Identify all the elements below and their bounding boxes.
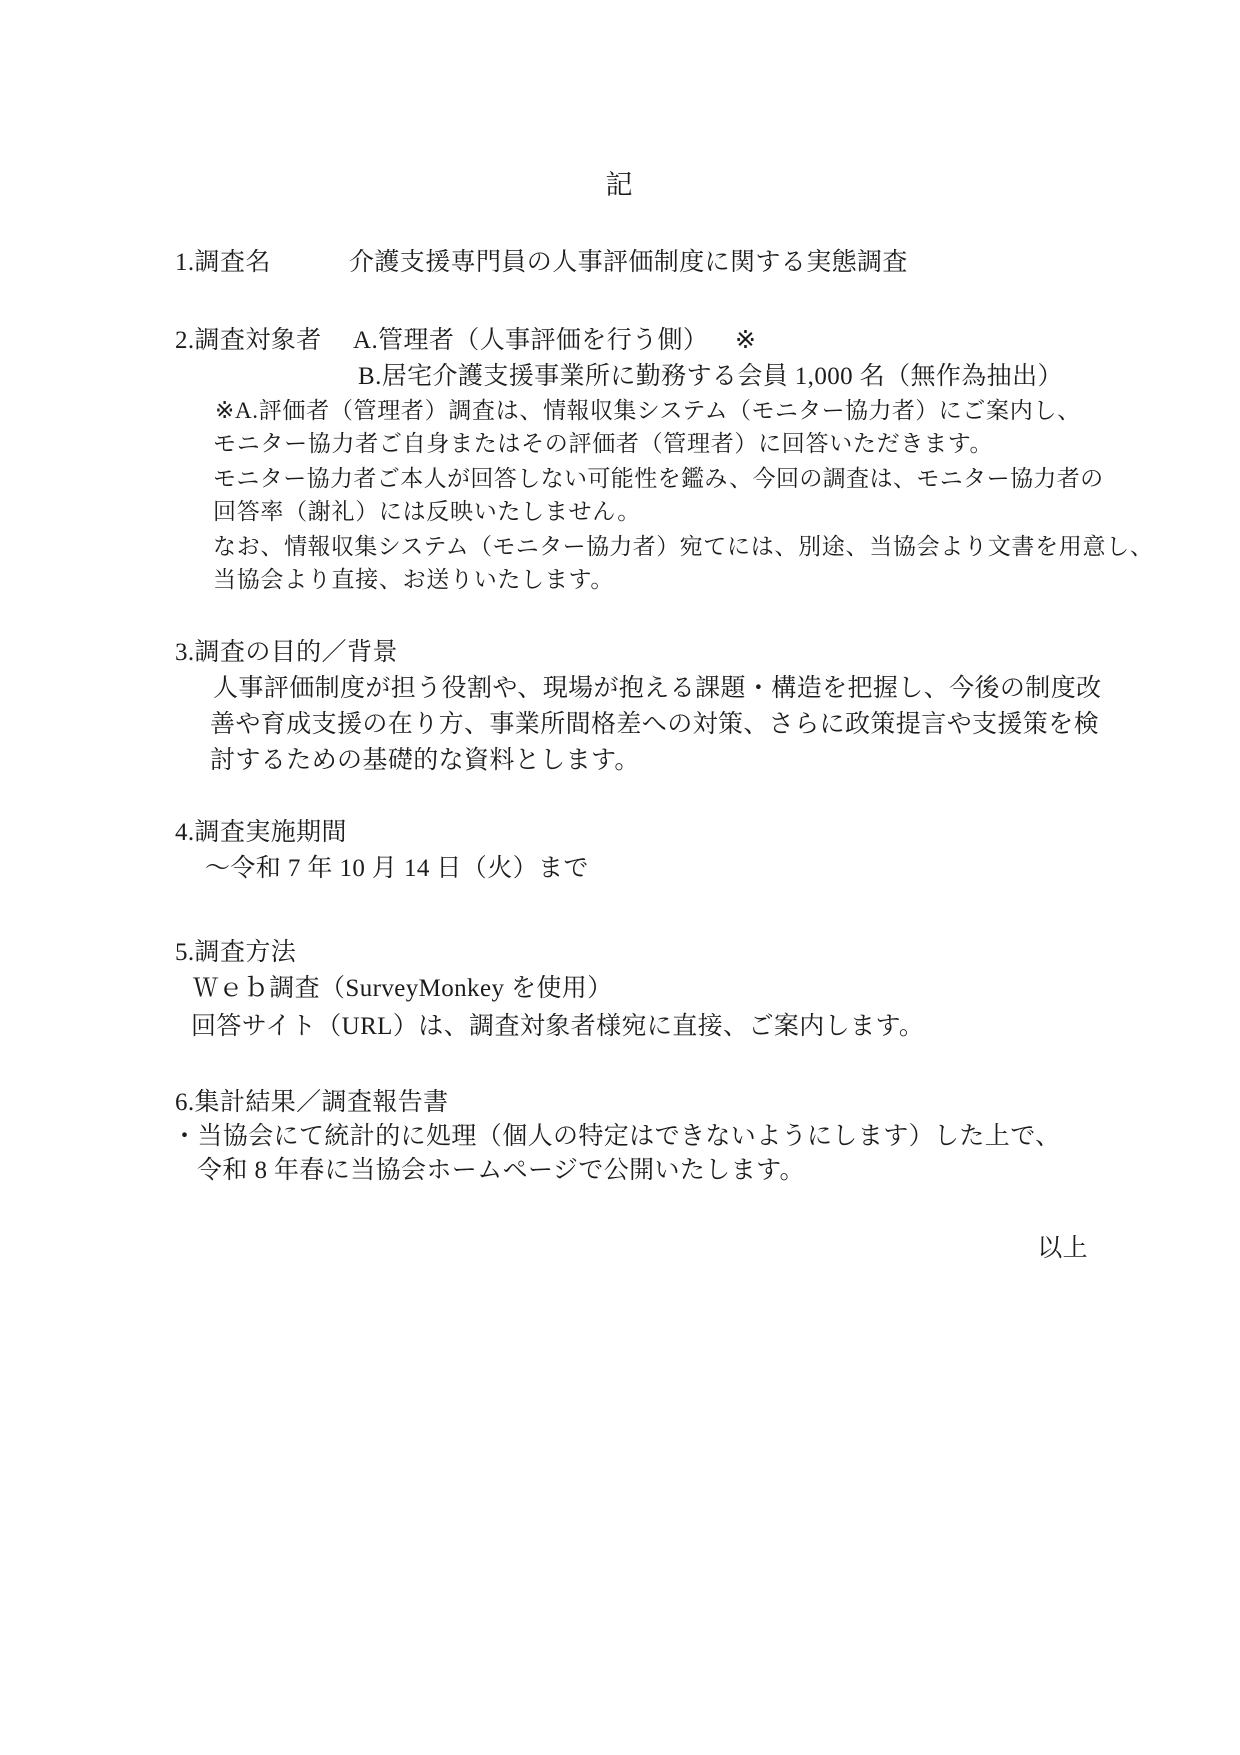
note-1-pre: ※A.評価者（管理者）調査は、 bbox=[215, 398, 543, 423]
respondent-a: A.管理者（人事評価を行う側） bbox=[353, 325, 708, 356]
note-5-post: 宛てには、別途、当協会より文書を用意し、 bbox=[680, 534, 1154, 559]
method-line-1: Ｗｅｂ調査（SurveyMonkey を使用） bbox=[193, 973, 613, 1004]
note-line-1: ※A.評価者（管理者）調査は、情報収集システム（モニター協力者）にご案内し、 bbox=[215, 396, 1081, 425]
section-6-label: 6.集計結果／調査報告書 bbox=[175, 1087, 449, 1118]
note-line-3: モニター協力者ご本人が回答しない可能性を鑑み、今回の調査は、モニター協力者の bbox=[213, 464, 1104, 492]
section-3-label: 3.調査の目的／背景 bbox=[175, 637, 398, 668]
note-1-post: にご案内し、 bbox=[939, 398, 1081, 423]
method-line-2: 回答サイト（URL）は、調査対象者様宛に直接、ご案内します。 bbox=[191, 1011, 924, 1042]
results-line-2: 令和 8 年春に当協会ホームページで公開いたします。 bbox=[197, 1155, 805, 1186]
section-5-label: 5.調査方法 bbox=[175, 937, 296, 968]
closing-mark: 以上 bbox=[1037, 1233, 1088, 1264]
section-1-label: 1.調査名 bbox=[175, 247, 271, 278]
purpose-line-3: 討するための基礎的な資料とします。 bbox=[210, 745, 640, 776]
note-5-pre: なお、 bbox=[213, 534, 284, 559]
respondent-b: B.居宅介護支援事業所に勤務する会員 1,000 名（無作為抽出） bbox=[358, 361, 1063, 392]
note-5-system: 情報収集システム（モニター協力者） bbox=[284, 533, 680, 559]
note-1-system: 情報収集システム（モニター協力者） bbox=[543, 397, 939, 423]
section-4-label: 4.調査実施期間 bbox=[175, 817, 347, 848]
note-line-2: モニター協力者ご自身またはその評価者（管理者）に回答いただきます。 bbox=[213, 430, 993, 458]
period-value: ～令和 7 年 10 月 14 日（火）まで bbox=[205, 853, 589, 884]
survey-title: 介護支援専門員の人事評価制度に関する実態調査 bbox=[349, 247, 908, 278]
note-line-6: 当協会より直接、お送りいたします。 bbox=[213, 566, 614, 594]
document-page: 記 1.調査名 介護支援専門員の人事評価制度に関する実態調査 2.調査対象者 A… bbox=[0, 0, 1240, 1755]
section-2-label: 2.調査対象者 bbox=[175, 325, 322, 356]
purpose-line-1: 人事評価制度が担う役割や、現場が抱える課題・構造を把握し、今後の制度改 bbox=[213, 673, 1102, 704]
results-bullet: ・当協会にて統計的に処理（個人の特定はできないようにします）した上で、 bbox=[172, 1121, 1061, 1152]
reference-mark: ※ bbox=[735, 325, 756, 356]
doc-heading: 記 bbox=[0, 163, 1240, 202]
note-line-5: なお、情報収集システム（モニター協力者）宛てには、別途、当協会より文書を用意し、 bbox=[213, 532, 1154, 561]
note-line-4: 回答率（謝礼）には反映いたしません。 bbox=[213, 498, 641, 526]
purpose-line-2: 善や育成支援の在り方、事業所間格差への対策、さらに政策提言や支援策を検 bbox=[210, 709, 1099, 740]
